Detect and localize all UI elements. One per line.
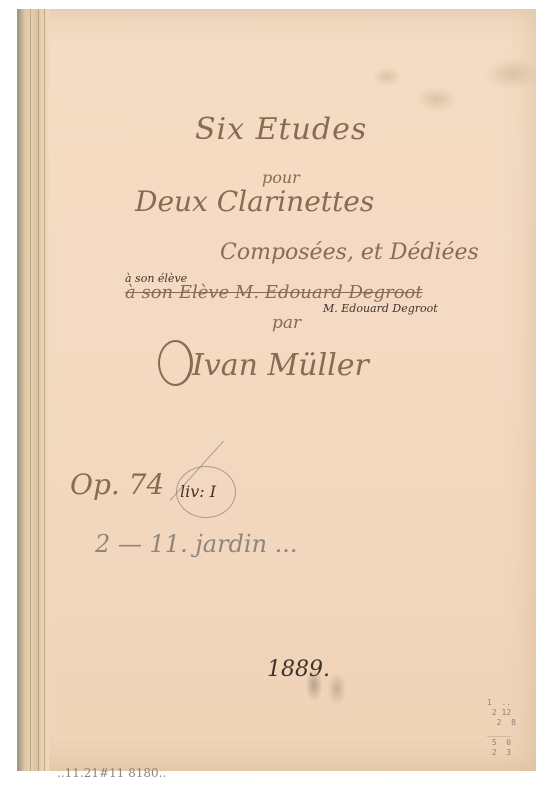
spine-edge-line — [44, 9, 45, 771]
opus-number: Op. 74 — [70, 468, 164, 501]
struck-dedication: à son Elève M. Edouard Degroot — [125, 282, 423, 303]
spine-edge-line — [30, 9, 31, 771]
title-deux-clarinettes: Deux Clarinettes — [135, 185, 374, 218]
shelf-mark: ..11.21#11 8180.. — [57, 766, 166, 780]
dedication-correction: M. Edouard Degroot — [323, 302, 438, 315]
ink-smudge — [305, 668, 323, 702]
composer-name: Ivan Müller — [192, 348, 369, 383]
spine-edge-line — [38, 9, 39, 771]
pencil-note: 2 — 11. jardin ... — [95, 530, 298, 558]
livre-number: liv: I — [180, 482, 216, 501]
composed-dedicated-line: Composées, et Dédiées — [220, 240, 479, 265]
pencil-calculation: 1 .. 2 12 2 8 _____ 5 0 2 3 — [487, 698, 516, 758]
par-label: par — [272, 313, 301, 333]
title-six-etudes: Six Etudes — [195, 112, 367, 147]
signature-flourish — [158, 340, 193, 386]
